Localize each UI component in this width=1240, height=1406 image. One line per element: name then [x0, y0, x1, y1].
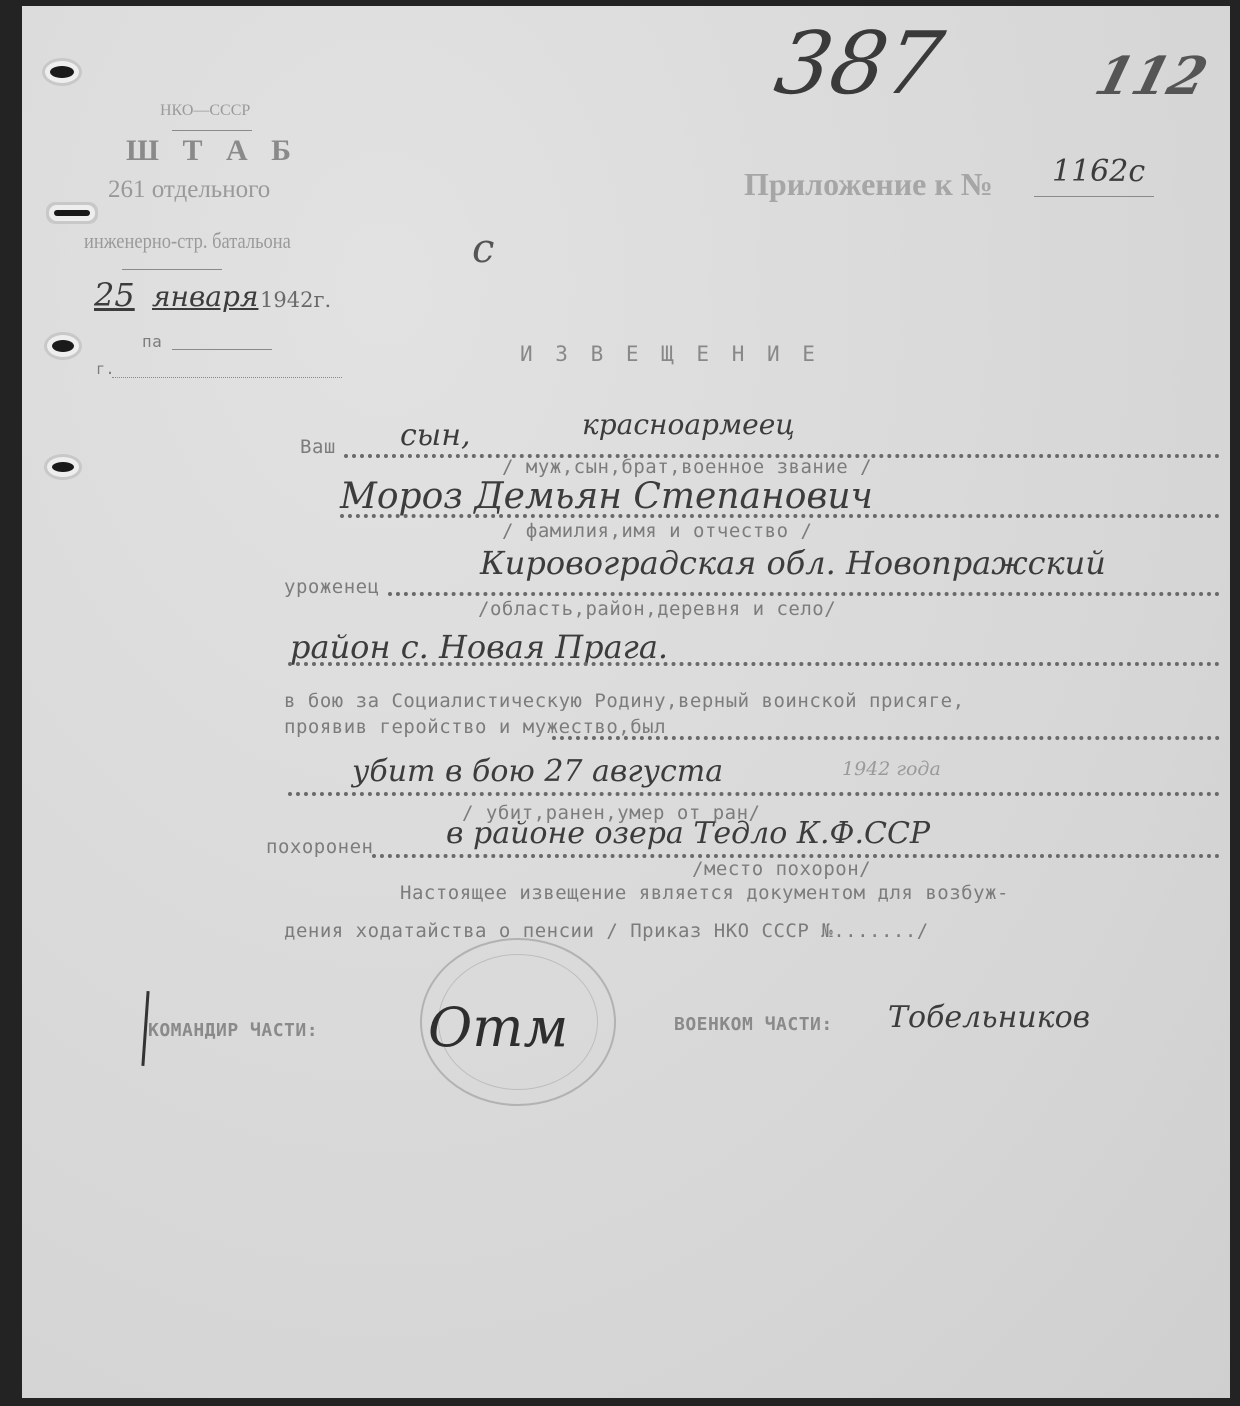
birthplace-line2-dotted	[288, 662, 1220, 666]
stamp-pa-label: па	[142, 332, 162, 351]
archive-sheet-number: 112	[1089, 46, 1214, 107]
stamp-pa-line	[172, 349, 272, 350]
birthplace-value-line1: Кировоградская обл. Новопражский	[480, 544, 1106, 582]
stamp-unit-line1: 261 отдельного	[108, 176, 270, 204]
stamp-title: Ш Т А Б	[126, 134, 299, 168]
name-hint: / фамилия,имя и отчество /	[502, 520, 812, 542]
rank-value: красноармеец	[582, 408, 795, 441]
stamp-city-label: г.	[96, 360, 115, 378]
commissar-label: ВОЕНКОМ ЧАСТИ:	[674, 1014, 833, 1035]
archive-page-number: 387	[768, 14, 950, 114]
burial-label: похоронен	[266, 836, 373, 858]
document-title: И З В Е Щ Е Н И Е	[520, 342, 820, 366]
stamp-date-month: января	[152, 280, 258, 313]
relation-hint: / муж,сын,брат,военное звание /	[502, 456, 872, 478]
fate-value: убит в бою 27 августа	[352, 754, 723, 789]
appendix-number-line	[1034, 196, 1154, 197]
stamp-date-line	[122, 269, 222, 270]
appendix-number: 1162с	[1052, 154, 1145, 189]
birthplace-dotted-line	[388, 592, 1220, 596]
notice-text-line1: Настоящее извещение является документом …	[400, 882, 1009, 904]
stamp-unit-line2: инженерно-стр. батальона	[84, 228, 291, 254]
appendix-label: Приложение к №	[744, 166, 993, 203]
name-dotted-line	[340, 514, 1220, 518]
commander-label: КОМАНДИР ЧАСТИ:	[148, 1020, 318, 1041]
birthplace-label: уроженец	[284, 576, 380, 598]
burial-hint: /место похорон/	[692, 858, 871, 880]
commander-signature: Отм	[428, 996, 568, 1059]
relation-label: Ваш	[300, 436, 336, 458]
soldier-name: Мороз Демьян Степанович	[340, 476, 873, 517]
notice-text-line2: дения ходатайства о пенсии / Приказ НКО …	[284, 920, 929, 942]
binder-hole	[54, 210, 90, 216]
burial-value: в районе озера Тедло К.Ф.ССР	[446, 816, 930, 851]
binder-hole	[50, 66, 74, 78]
fate-dotted-line	[288, 792, 1220, 796]
body-text-line1: в бою за Социалистическую Родину,верный …	[284, 690, 965, 712]
stamp-city-line	[112, 377, 342, 378]
binder-hole	[52, 462, 74, 472]
commissar-signature: Тобельников	[888, 1000, 1090, 1035]
birthplace-hint: /область,район,деревня и село/	[478, 598, 836, 620]
fate-year: 1942 года	[842, 758, 941, 780]
body-text-line2: проявив геройство и мужество,был	[284, 716, 666, 738]
stamp-date-year: 1942г.	[260, 288, 331, 312]
secret-mark: с	[472, 226, 494, 272]
stamp-divider	[172, 130, 252, 131]
birthplace-value-line2: район с. Новая Прага.	[290, 628, 668, 666]
relation-value: сын,	[400, 418, 471, 453]
body-dotted-line	[552, 736, 1220, 740]
document-sheet: 387 112 НКО—СССР Ш Т А Б 261 отдельного …	[22, 6, 1230, 1398]
stamp-org: НКО—СССР	[160, 102, 250, 120]
binder-hole	[52, 340, 74, 352]
stamp-date-day: 25	[94, 276, 135, 314]
